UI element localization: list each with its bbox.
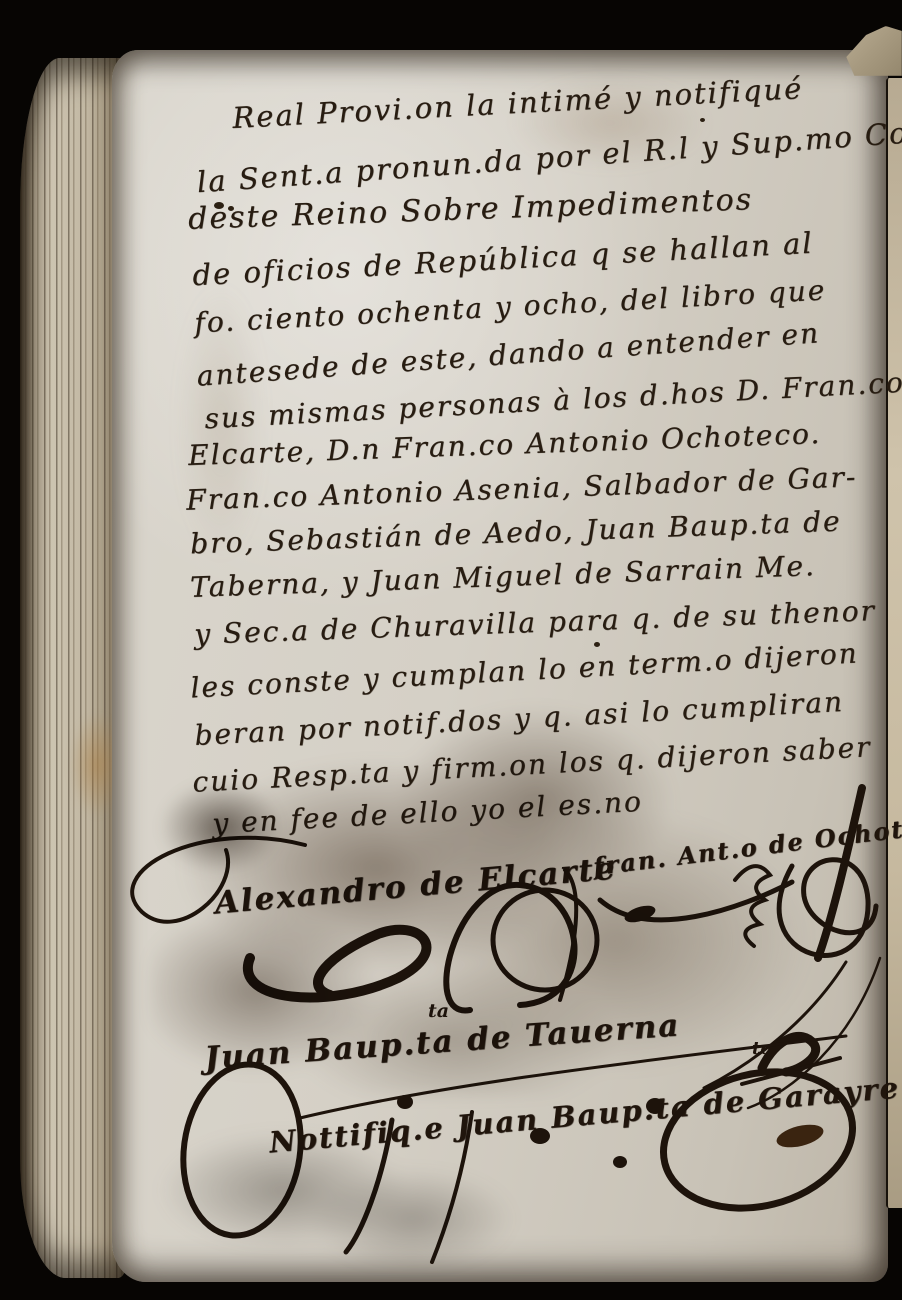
ink-spot bbox=[228, 206, 234, 211]
page-corner-fragment bbox=[844, 26, 902, 76]
ink-spot bbox=[214, 202, 224, 209]
book-photograph: Real Provi.on la intimé y notifiqué la S… bbox=[0, 0, 902, 1300]
ink-spot bbox=[594, 642, 600, 647]
ink-spot bbox=[700, 118, 705, 122]
signature-superscript: to bbox=[752, 1038, 772, 1059]
next-page-edge bbox=[886, 78, 902, 1208]
signature-superscript: ta bbox=[428, 1000, 449, 1022]
book-fore-edge-pages bbox=[20, 58, 126, 1278]
